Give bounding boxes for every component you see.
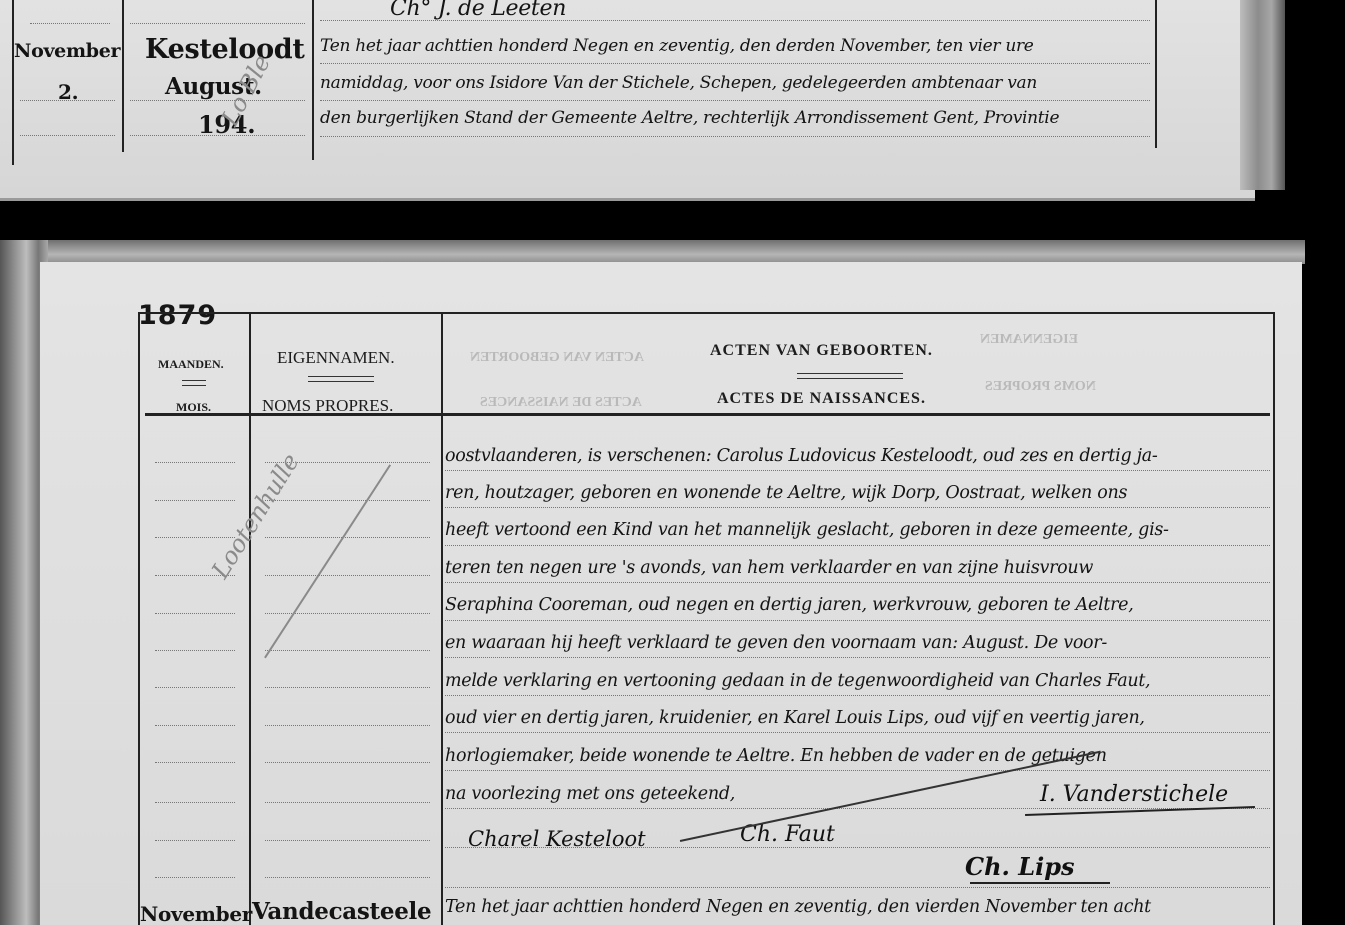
column-rule	[1273, 312, 1275, 925]
year-heading: 1879	[138, 300, 217, 331]
act-text-line: teren ten negen ure 's avonds, van hem v…	[445, 558, 1093, 578]
act-text-line: melde verklaring en vertooning gedaan in…	[445, 671, 1150, 691]
header-names-fr: NOMS PROPRES.	[262, 396, 393, 416]
column-rule	[312, 0, 314, 160]
act-text-line: na voorlezing met ons geteekend,	[445, 784, 735, 804]
column-rule	[12, 0, 14, 165]
month-label: November	[14, 40, 120, 62]
act-text-line: oostvlaanderen, is verschenen: Carolus L…	[445, 446, 1158, 466]
signature-witness-2: Ch. Lips	[965, 852, 1075, 881]
act-text-line: heeft vertoond een Kind van het mannelij…	[445, 520, 1169, 540]
act-text-line: Ten het jaar achttien honderd Negen en z…	[320, 36, 1034, 56]
surname: Kesteloodt	[145, 34, 305, 65]
signature-flourish	[970, 882, 1110, 884]
register-page-top: Ch° J. de Leeten November 2. Kesteloodt …	[0, 0, 1255, 201]
register-page-bottom: 1879 ACTEN VAN GEBOORTEN ACTES DE NAISSA…	[40, 262, 1302, 925]
header-acts-nl: ACTEN VAN GEBOORTEN.	[710, 342, 933, 360]
table-top-rule	[138, 312, 1273, 314]
day-label: 2.	[58, 80, 78, 104]
next-entry-surname: Vandecasteele	[252, 898, 431, 925]
column-rule	[138, 312, 140, 925]
column-rule	[441, 312, 443, 925]
act-text-line: oud vier en dertig jaren, kruidenier, en…	[445, 708, 1145, 728]
book-edge	[1240, 0, 1285, 190]
header-months-nl: MAANDEN.	[158, 357, 224, 372]
column-rule	[122, 0, 124, 152]
signature-official: I. Vanderstichele	[1040, 782, 1228, 807]
header-months-fr: MOIS.	[176, 400, 211, 415]
act-text-line: en waaraan hij heeft verklaard te geven …	[445, 633, 1107, 653]
next-entry-month: November	[140, 902, 252, 925]
act-text-line: den burgerlijken Stand der Gemeente Aelt…	[320, 108, 1059, 128]
column-rule	[249, 312, 251, 925]
header-names-nl: EIGENNAMEN.	[277, 348, 395, 368]
signature-witness-1: Ch. Faut	[740, 822, 835, 847]
act-text-line: namiddag, voor ons Isidore Van der Stich…	[320, 73, 1037, 93]
act-text-line: ren, houtzager, geboren en wonende te Ae…	[445, 483, 1127, 503]
header-acts-fr: ACTES DE NAISSANCES.	[717, 390, 926, 408]
margin-pencil-note: Lootenhulle	[206, 449, 305, 584]
act-text-line: horlogiemaker, beide wonende te Aeltre. …	[445, 746, 1107, 766]
next-entry-first-line: Ten het jaar achttien honderd Negen en z…	[445, 897, 1151, 917]
act-text-line: Seraphina Cooreman, oud negen en dertig …	[445, 595, 1133, 615]
header-note: Ch° J. de Leeten	[390, 0, 566, 21]
column-rule	[1155, 0, 1157, 148]
book-edge	[30, 240, 1305, 264]
